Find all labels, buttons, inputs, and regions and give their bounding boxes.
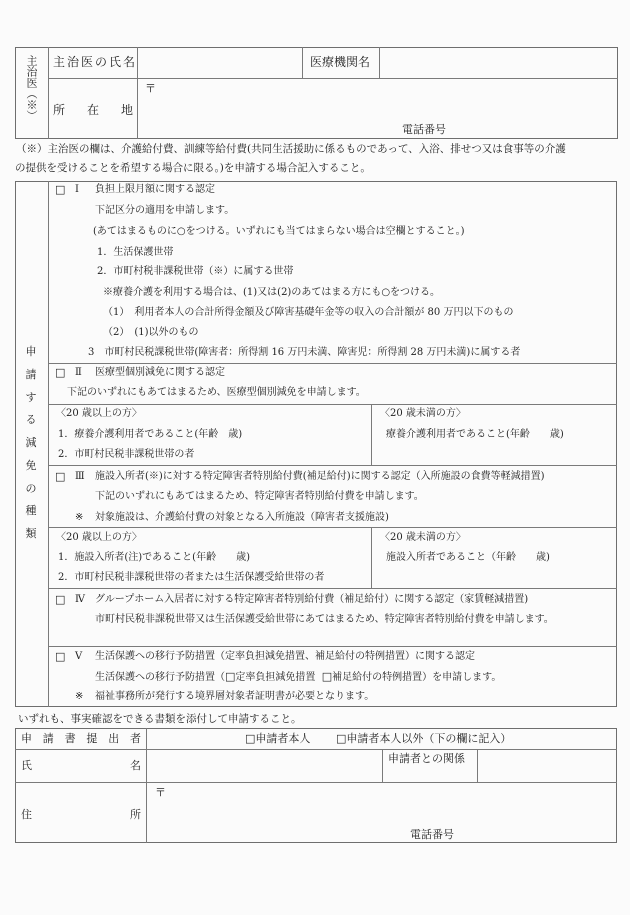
section1-numeral: Ⅰ <box>75 184 79 196</box>
divider <box>48 363 617 364</box>
label-char: 所 <box>53 103 65 117</box>
section3-adult-heading: 〈20 歳以上の方〉 <box>56 532 142 544</box>
option2-checkbox[interactable]: □ <box>322 670 332 683</box>
divider <box>48 588 617 589</box>
section1-title: 負担上限月額に関する認定 <box>95 184 215 196</box>
section5-description: 生活保護への移行予防措置（□定率負担減免措置 □補足給付の特例措置）を申請します… <box>95 671 501 684</box>
section2-checkbox[interactable]: □ <box>55 367 65 379</box>
label-char: 減 <box>26 437 37 449</box>
institution-label: 医療機関名 <box>310 55 370 69</box>
label-char: の <box>26 483 37 495</box>
section3-checkbox[interactable]: □ <box>55 471 65 483</box>
option1-checkbox[interactable]: □ <box>225 670 235 683</box>
other-checkbox[interactable]: □ <box>336 732 346 745</box>
divider <box>48 527 617 528</box>
doctor-name-label: 主治医の氏名 <box>53 55 137 69</box>
label-char: 地 <box>121 103 133 117</box>
divider <box>371 527 372 588</box>
section4-checkbox[interactable]: □ <box>55 594 65 606</box>
self-checkbox[interactable]: □ <box>245 732 255 745</box>
section3-note-mark: ※ <box>75 512 83 524</box>
section1-line: ※療養介護を利用する場合は、(1)又は(2)のあてはまる方にも○をつける。 <box>103 287 440 299</box>
section3-minor-item: 施設入所者であること（年齢 歳) <box>386 552 550 564</box>
section5-checkbox[interactable]: □ <box>55 651 65 663</box>
section2-numeral: Ⅱ <box>75 367 82 379</box>
description-suffix: ）を申請します。 <box>422 672 501 683</box>
self-label: 申請者本人 <box>255 732 310 745</box>
label-char: 種 <box>26 505 37 517</box>
section1-line: 下記区分の適用を申請します。 <box>95 205 234 217</box>
label-char: 申 <box>21 732 32 745</box>
section3-description: 下記のいずれにもあてはまるため、特定障害者特別給付費を申請します。 <box>95 491 424 503</box>
label-char: 申 <box>26 346 37 358</box>
doctor-note-line1: （※）主治医の欄は、介護給付費、訓練等給付費(共同生活援助に係るものであって、入… <box>16 143 566 156</box>
section2-adult-item: 2．市町村民税非課税世帯の者 <box>58 449 194 461</box>
doctor-address-label: 所 在 地 <box>53 103 133 117</box>
reduction-side-label: 申 請 す る 減 免 の 種 類 <box>24 346 38 540</box>
section3-minor-heading: 〈20 歳未満の方〉 <box>380 532 466 544</box>
submitter-phone-label: 電話番号 <box>410 828 454 841</box>
option-other: □申請者本人以外（下の欄に記入） <box>336 732 511 745</box>
section1-sub-option-1: （1） 利用者本人の合計所得金額及び障害基礎年金等の収入の合計額が 80 万円以… <box>103 307 513 319</box>
description-prefix: 生活保護への移行予防措置（ <box>95 672 225 683</box>
label-char: 提 <box>86 732 97 745</box>
label-char: 者 <box>130 732 141 745</box>
label-char: 請 <box>43 732 54 745</box>
section3-note: 対象施設は、介護給付費の対象となる入所施設（障害者支援施設) <box>95 512 389 524</box>
doctor-name-field[interactable] <box>138 48 301 77</box>
doctor-note-line2: の提供を受けることを希望する場合に限る。)を申請する場合記入すること。 <box>15 162 371 175</box>
divider <box>302 47 303 78</box>
section2-description: 下記のいずれにもあてはまるため、医療型個別減免を申請します。 <box>67 387 366 399</box>
section2-title: 医療型個別減免に関する認定 <box>95 367 225 379</box>
attach-note: いずれも、事実確認をできる書類を添付して申請すること。 <box>18 713 302 726</box>
divider <box>371 404 372 465</box>
section1-option-3: 3 市町村民税課税世帯(障害者：所得割 16 万円未満、障害児：所得割 28 万… <box>88 347 520 359</box>
section4-title: グループホーム入居者に対する特定障害者特別給付費（補足給付）に関する認定（家賃軽… <box>95 594 528 606</box>
option1-label: 定率負担減免措置 <box>235 672 315 683</box>
section2-adult-item: 1．療養介護利用者であること(年齢 歳) <box>58 429 242 441</box>
postal-mark: 〒 <box>145 82 156 95</box>
section5-note: 福祉事務所が発行する境界層対象者証明書が必要となります。 <box>95 691 374 703</box>
reduction-table <box>15 181 617 707</box>
other-label: 申請者本人以外（下の欄に記入） <box>346 732 511 745</box>
option2-label: 補足給付の特例措置 <box>332 672 422 683</box>
label-char: 書 <box>65 732 76 745</box>
submitter-name-field[interactable] <box>147 750 381 781</box>
divider <box>48 47 49 139</box>
section5-note-mark: ※ <box>75 691 83 703</box>
label-char: 氏 <box>21 759 32 772</box>
label-char: 類 <box>26 528 37 540</box>
label-char: る <box>26 414 37 426</box>
option-self: □申請者本人 <box>245 732 310 745</box>
section2-minor-heading: 〈20 歳未満の方〉 <box>380 408 466 420</box>
divider <box>48 404 617 405</box>
submitter-address-label: 住 所 <box>21 808 141 821</box>
section3-numeral: Ⅲ <box>75 471 85 483</box>
label-char: 住 <box>21 808 32 821</box>
section2-adult-heading: 〈20 歳以上の方〉 <box>56 408 142 420</box>
relation-label: 申請者との関係 <box>388 752 465 765</box>
divider <box>48 646 617 647</box>
institution-field[interactable] <box>380 48 616 77</box>
submitter-address-field[interactable] <box>147 783 616 842</box>
divider <box>382 749 383 782</box>
section3-title: 施設入所者(※)に対する特定障害者特別給付費(補足給付)に関する認定（入所施設の… <box>95 471 545 483</box>
label-char: 免 <box>26 460 37 472</box>
submitter-name-label: 氏 名 <box>21 759 141 772</box>
label-char: 名 <box>130 759 141 772</box>
section1-sub-option-2: （2） (1)以外のもの <box>103 327 199 339</box>
section1-line: (あてはまるものに○をつける。いずれにも当てはまらない場合は空欄とすること。) <box>93 226 465 238</box>
relation-field[interactable] <box>478 750 616 781</box>
divider <box>48 465 617 466</box>
label-char: 在 <box>87 103 99 117</box>
label-char: 出 <box>108 732 119 745</box>
doctor-address-field[interactable] <box>138 79 616 137</box>
section1-checkbox[interactable]: □ <box>55 184 65 196</box>
doctor-side-label: 主治医（※） <box>24 55 38 121</box>
section3-adult-item: 1．施設入所者(注)であること(年齢 歳) <box>58 552 250 564</box>
section5-title: 生活保護への移行予防措置（定率負担減免措置、補足給付の特例措置）に関する認定 <box>95 651 475 663</box>
submitter-label: 申 請 書 提 出 者 <box>21 732 141 745</box>
section1-option-1: 1．生活保護世帯 <box>97 247 173 259</box>
section5-numeral: Ⅴ <box>75 651 82 663</box>
label-char: 請 <box>26 369 37 381</box>
section2-minor-item: 療養介護利用者であること(年齢 歳) <box>386 429 564 441</box>
postal-mark: 〒 <box>155 786 166 799</box>
label-char: 所 <box>130 808 141 821</box>
divider <box>48 181 49 707</box>
section1-option-2: 2．市町村税非課税世帯（※）に属する世帯 <box>97 266 293 278</box>
section4-description: 市町村民税非課税世帯又は生活保護受給世帯にあてはまるため、特定障害者特別給付費を… <box>95 614 554 626</box>
doctor-phone-label: 電話番号 <box>402 123 446 136</box>
section4-numeral: Ⅳ <box>75 594 85 606</box>
label-char: す <box>26 392 37 404</box>
section3-adult-item: 2．市町村民税非課税世帯の者または生活保護受給世帯の者 <box>58 572 324 584</box>
